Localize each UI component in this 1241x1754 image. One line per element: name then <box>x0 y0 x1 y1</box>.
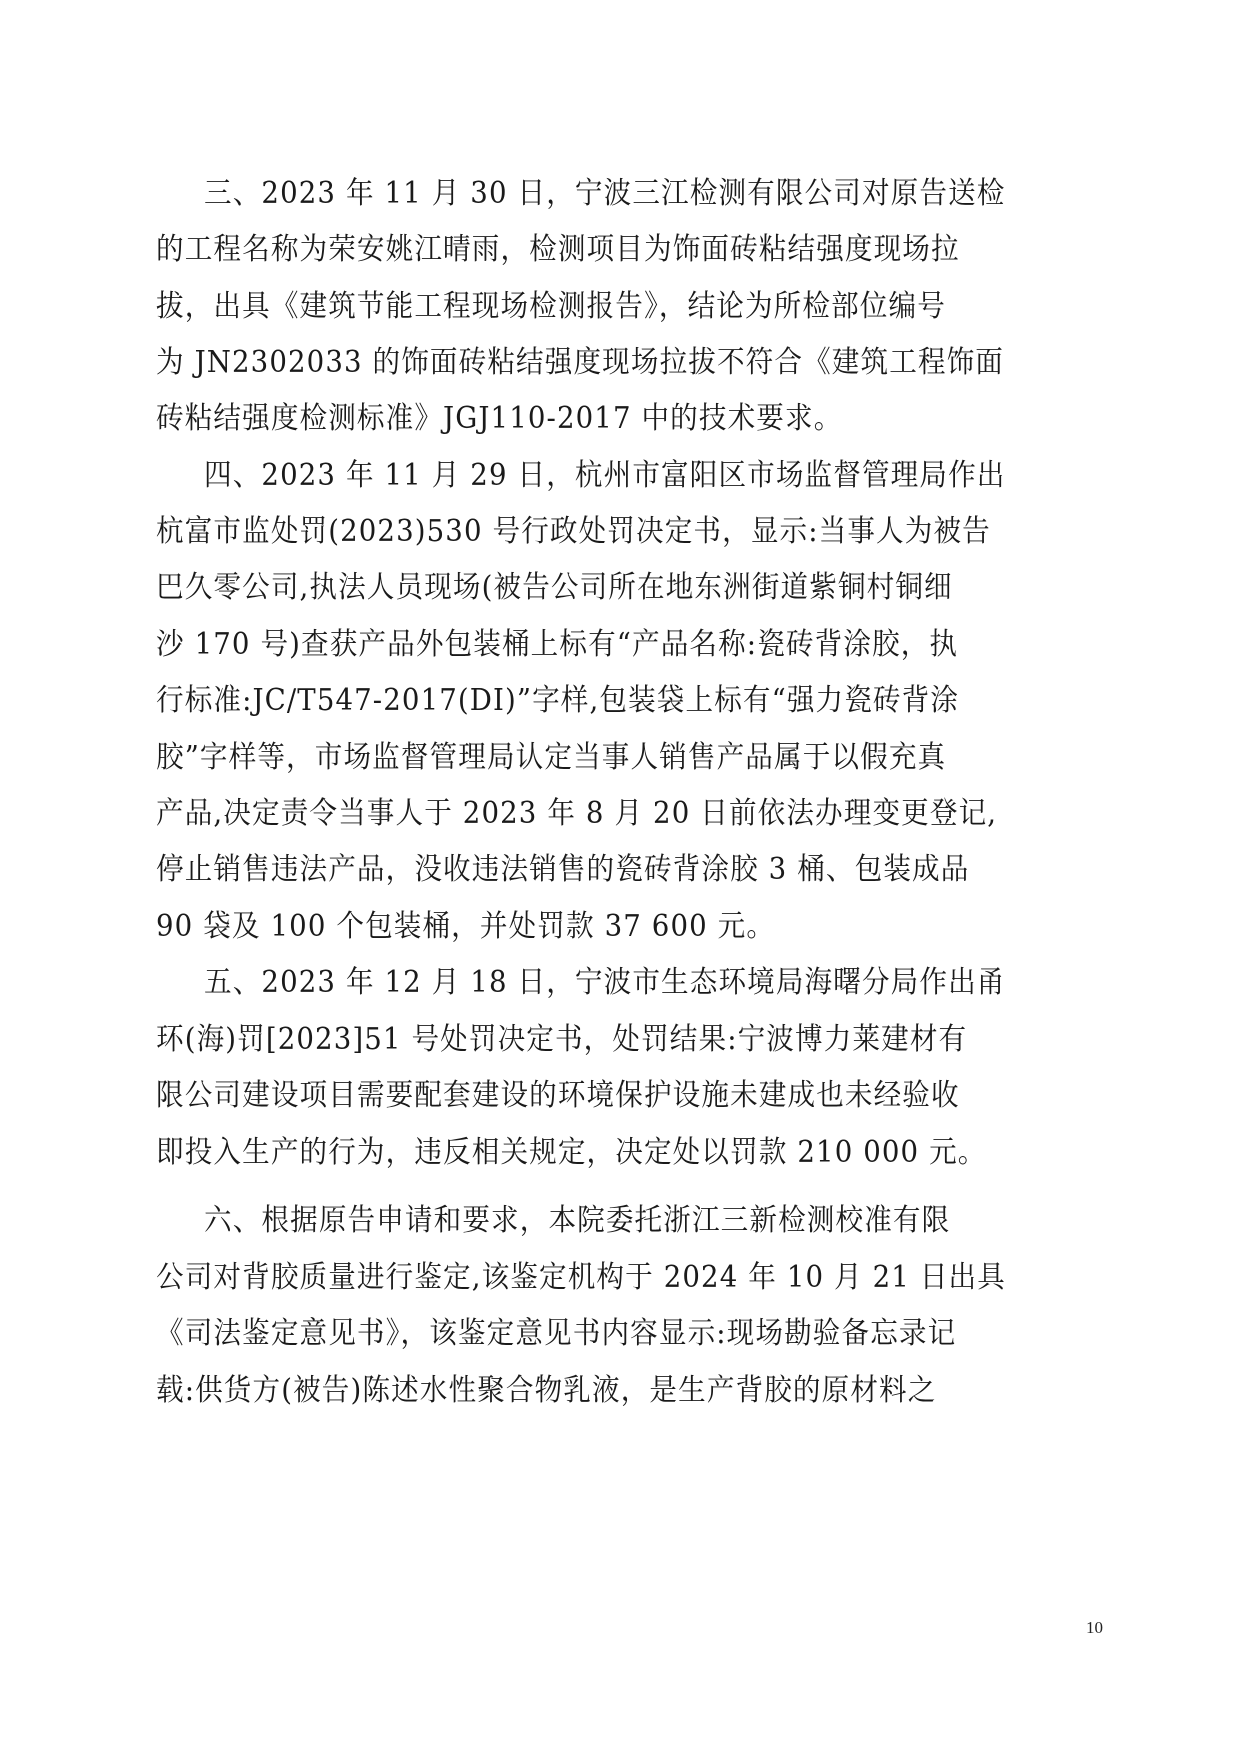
paragraph-4-line-8: 停止销售违法产品，没收违法销售的瓷砖背涂胶 3 桶、包装成品 <box>156 850 1021 890</box>
paragraph-4-line-9: 90 袋及 100 个包装桶，并处罚款 37 600 元。 <box>156 907 1021 947</box>
paragraph-5-line-3: 限公司建设项目需要配套建设的环境保护设施未建成也未经验收 <box>156 1076 1021 1116</box>
paragraph-4-line-3: 巴久零公司,执法人员现场(被告公司所在地东洲街道紫铜村铜细 <box>156 568 1021 608</box>
paragraph-3-line-4: 为 JN2302033 的饰面砖粘结强度现场拉拔不符合《建筑工程饰面 <box>156 343 1021 383</box>
paragraph-4-line-7: 产品,决定责令当事人于 2023 年 8 月 20 日前依法办理变更登记, <box>156 794 1021 834</box>
paragraph-4-line-6: 胶”字样等，市场监督管理局认定当事人销售产品属于以假充真 <box>156 738 1021 778</box>
paragraph-5-line-1: 五、2023 年 12 月 18 日，宁波市生态环境局海曙分局作出甬 <box>204 963 1069 1003</box>
paragraph-3-line-2: 的工程名称为荣安姚江晴雨，检测项目为饰面砖粘结强度现场拉 <box>156 230 1021 270</box>
paragraph-4-line-1: 四、2023 年 11 月 29 日，杭州市富阳区市场监督管理局作出 <box>204 456 1069 496</box>
paragraph-4-line-2: 杭富市监处罚(2023)530 号行政处罚决定书，显示:当事人为被告 <box>156 512 1021 552</box>
paragraph-3-line-3: 拔，出具《建筑节能工程现场检测报告》，结论为所检部位编号 <box>156 287 1021 327</box>
paragraph-5-line-4: 即投入生产的行为，违反相关规定，决定处以罚款 210 000 元。 <box>156 1133 1021 1173</box>
paragraph-6-line-2: 公司对背胶质量进行鉴定,该鉴定机构于 2024 年 10 月 21 日出具 <box>156 1258 1021 1298</box>
paragraph-6-line-3: 《司法鉴定意见书》，该鉴定意见书内容显示:现场勘验备忘录记 <box>156 1314 1021 1354</box>
paragraph-4-line-5: 行标准:JC/T547-2017(DI)”字样,包装袋上标有“强力瓷砖背涂 <box>156 681 1021 721</box>
paragraph-5-line-2: 环(海)罚[2023]51 号处罚决定书，处罚结果:宁波博力莱建材有 <box>156 1020 1021 1060</box>
page-number: 10 <box>1086 1618 1103 1638</box>
paragraph-3-line-1: 三、2023 年 11 月 30 日，宁波三江检测有限公司对原告送检 <box>204 174 1069 214</box>
paragraph-3-line-5: 砖粘结强度检测标准》JGJ110-2017 中的技术要求。 <box>156 399 1021 439</box>
document-page: 三、2023 年 11 月 30 日，宁波三江检测有限公司对原告送检 的工程名称… <box>0 0 1241 1754</box>
paragraph-4-line-4: 沙 170 号)查获产品外包装桶上标有“产品名称:瓷砖背涂胶，执 <box>156 625 1021 665</box>
paragraph-6-line-4: 载:供货方(被告)陈述水性聚合物乳液，是生产背胶的原材料之 <box>156 1371 1021 1411</box>
paragraph-6-line-1: 六、根据原告申请和要求，本院委托浙江三新检测校准有限 <box>204 1201 1069 1241</box>
